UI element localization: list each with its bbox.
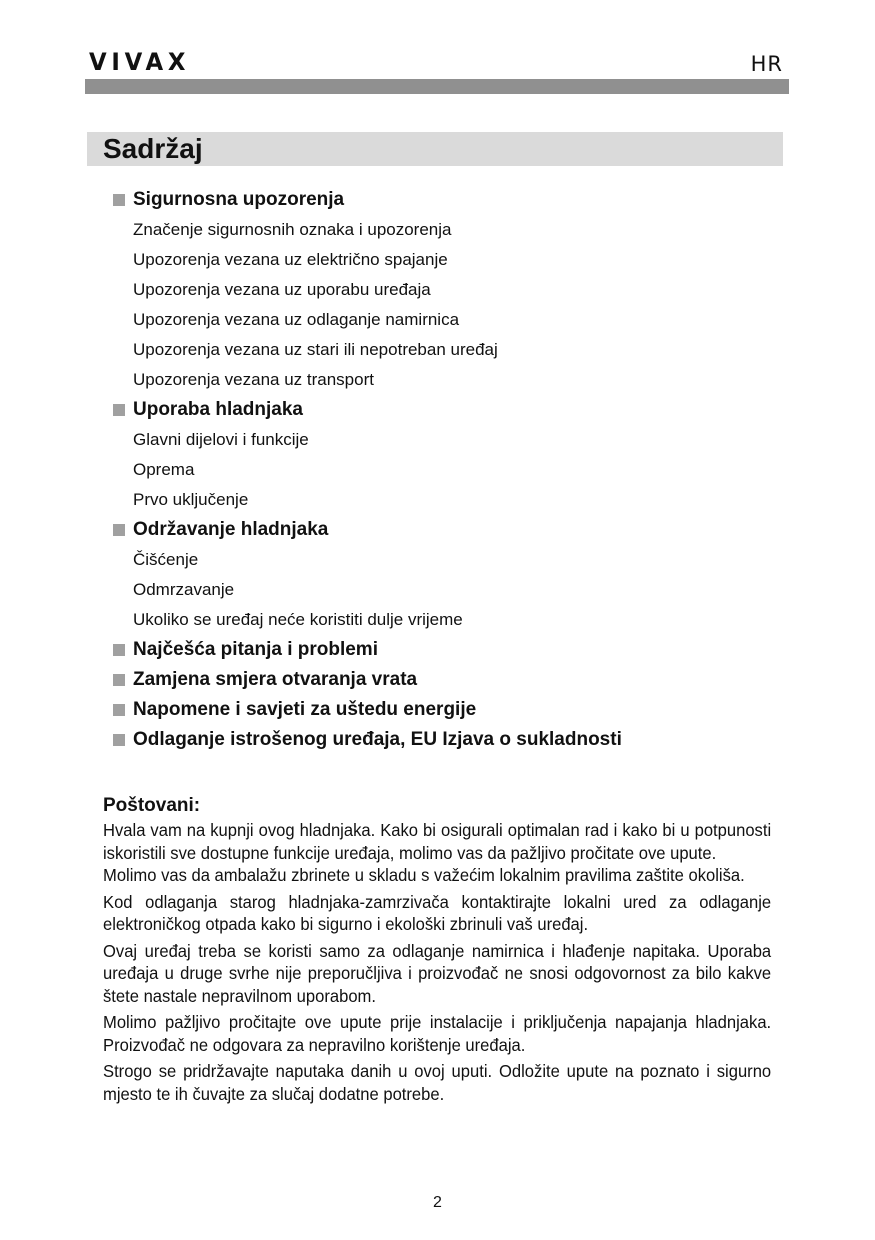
toc-subitem[interactable]: Upozorenja vezana uz stari ili nepotreba… xyxy=(113,335,622,365)
paragraph: Ovaj uređaj treba se koristi samo za odl… xyxy=(103,940,771,1008)
paragraph: Strogo se pridržavajte naputaka danih u … xyxy=(103,1060,771,1105)
paragraph: Molimo vas da ambalažu zbrinete u skladu… xyxy=(103,864,771,887)
letter: Poštovani: Hvala vam na kupnji ovog hlad… xyxy=(103,795,771,1109)
toc-section: Napomene i savjeti za uštedu energije xyxy=(113,695,622,725)
toc-section-heading[interactable]: Sigurnosna upozorenja xyxy=(113,185,622,215)
toc-section-label: Održavanje hladnjaka xyxy=(133,519,328,541)
toc-section: Zamjena smjera otvaranja vrata xyxy=(113,665,622,695)
greeting: Poštovani: xyxy=(103,795,771,817)
toc-subitem[interactable]: Čišćenje xyxy=(113,545,622,575)
toc-subitem[interactable]: Glavni dijelovi i funkcije xyxy=(113,425,622,455)
square-bullet-icon xyxy=(113,524,125,536)
toc-section: Najčešća pitanja i problemi xyxy=(113,635,622,665)
toc-title-box: Sadržaj xyxy=(87,132,783,166)
square-bullet-icon xyxy=(113,704,125,716)
toc-section-label: Uporaba hladnjaka xyxy=(133,399,303,421)
toc-section-heading[interactable]: Uporaba hladnjaka xyxy=(113,395,622,425)
toc-title: Sadržaj xyxy=(103,133,203,165)
toc-section: Sigurnosna upozorenjaZnačenje sigurnosni… xyxy=(113,185,622,395)
toc-section-label: Napomene i savjeti za uštedu energije xyxy=(133,699,476,721)
toc-subitem[interactable]: Značenje sigurnosnih oznaka i upozorenja xyxy=(113,215,622,245)
square-bullet-icon xyxy=(113,674,125,686)
toc-section-heading[interactable]: Odlaganje istrošenog uređaja, EU Izjava … xyxy=(113,725,622,755)
toc-section-label: Zamjena smjera otvaranja vrata xyxy=(133,669,417,691)
paragraph: Kod odlaganja starog hladnjaka-zamrzivač… xyxy=(103,891,771,936)
toc-section-heading[interactable]: Održavanje hladnjaka xyxy=(113,515,622,545)
toc-subitem[interactable]: Upozorenja vezana uz električno spajanje xyxy=(113,245,622,275)
toc-section: Uporaba hladnjakaGlavni dijelovi i funkc… xyxy=(113,395,622,515)
header-bar xyxy=(85,79,789,94)
square-bullet-icon xyxy=(113,734,125,746)
language-code: HR xyxy=(751,52,783,76)
toc-section: Odlaganje istrošenog uređaja, EU Izjava … xyxy=(113,725,622,755)
toc-subitem[interactable]: Upozorenja vezana uz odlaganje namirnica xyxy=(113,305,622,335)
toc-section-label: Sigurnosna upozorenja xyxy=(133,189,344,211)
toc-subitem[interactable]: Ukoliko se uređaj neće koristiti dulje v… xyxy=(113,605,622,635)
toc-subitem[interactable]: Prvo uključenje xyxy=(113,485,622,515)
paragraph: Hvala vam na kupnji ovog hladnjaka. Kako… xyxy=(103,819,771,864)
table-of-contents: Sigurnosna upozorenjaZnačenje sigurnosni… xyxy=(113,185,622,755)
square-bullet-icon xyxy=(113,644,125,656)
toc-subitem[interactable]: Oprema xyxy=(113,455,622,485)
page-number: 2 xyxy=(0,1194,875,1212)
toc-section: Održavanje hladnjakaČišćenjeOdmrzavanjeU… xyxy=(113,515,622,635)
toc-subitem[interactable]: Upozorenja vezana uz uporabu uređaja xyxy=(113,275,622,305)
toc-section-label: Najčešća pitanja i problemi xyxy=(133,639,378,661)
toc-section-heading[interactable]: Napomene i savjeti za uštedu energije xyxy=(113,695,622,725)
toc-section-label: Odlaganje istrošenog uređaja, EU Izjava … xyxy=(133,729,622,751)
toc-section-heading[interactable]: Zamjena smjera otvaranja vrata xyxy=(113,665,622,695)
square-bullet-icon xyxy=(113,404,125,416)
brand-logo: VIVAX xyxy=(89,48,190,76)
paragraph: Molimo pažljivo pročitajte ove upute pri… xyxy=(103,1011,771,1056)
square-bullet-icon xyxy=(113,194,125,206)
toc-subitem[interactable]: Odmrzavanje xyxy=(113,575,622,605)
toc-subitem[interactable]: Upozorenja vezana uz transport xyxy=(113,365,622,395)
toc-section-heading[interactable]: Najčešća pitanja i problemi xyxy=(113,635,622,665)
